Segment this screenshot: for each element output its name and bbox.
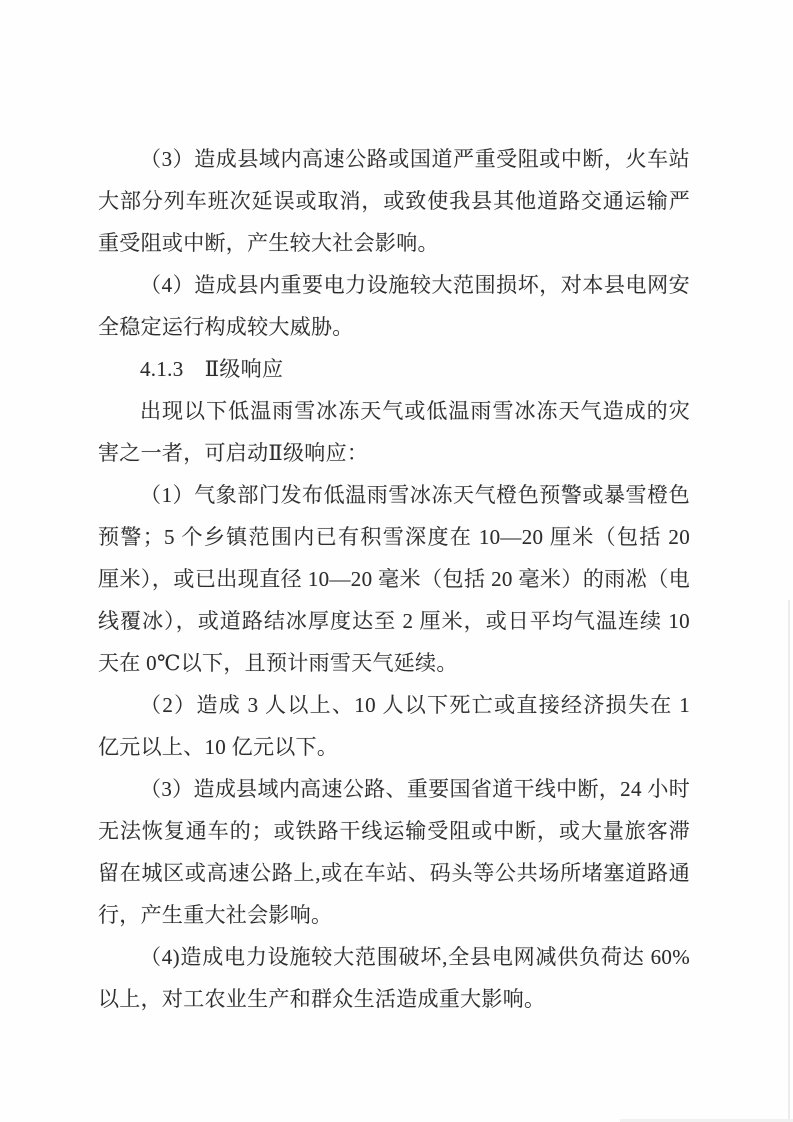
section-heading-4-1-3: 4.1.3 Ⅱ级响应 [98, 348, 690, 390]
document-page: （3）造成县域内高速公路或国道严重受阻或中断，火车站大部分列车班次延误或取消，或… [0, 0, 793, 1122]
paragraph-item-4-level-ii: （4)造成电力设施较大范围破坏,全县电网减供负荷达 60%以上，对工农业生产和群… [98, 936, 690, 1020]
paragraph-item-3-level-iii: （3）造成县域内高速公路或国道严重受阻或中断，火车站大部分列车班次延误或取消，或… [98, 138, 690, 264]
paragraph-item-2-level-ii: （2）造成 3 人以上、10 人以下死亡或直接经济损失在 1 亿元以上、10 亿… [98, 684, 690, 768]
paragraph-item-4-level-iii: （4）造成县内重要电力设施较大范围损坏，对本县电网安全稳定运行构成较大威胁。 [98, 264, 690, 348]
scan-artifact-right-line [788, 600, 790, 1122]
paragraph-item-1-level-ii: （1）气象部门发布低温雨雪冰冻天气橙色预警或暴雪橙色预警；5 个乡镇范围内已有积… [98, 474, 690, 684]
document-text-block: （3）造成县域内高速公路或国道严重受阻或中断，火车站大部分列车班次延误或取消，或… [98, 138, 690, 1020]
paragraph-intro-level-ii: 出现以下低温雨雪冰冻天气或低温雨雪冰冻天气造成的灾害之一者，可启动Ⅱ级响应： [98, 390, 690, 474]
paragraph-item-3-level-ii: （3）造成县域内高速公路、重要国省道干线中断，24 小时无法恢复通车的；或铁路干… [98, 768, 690, 936]
